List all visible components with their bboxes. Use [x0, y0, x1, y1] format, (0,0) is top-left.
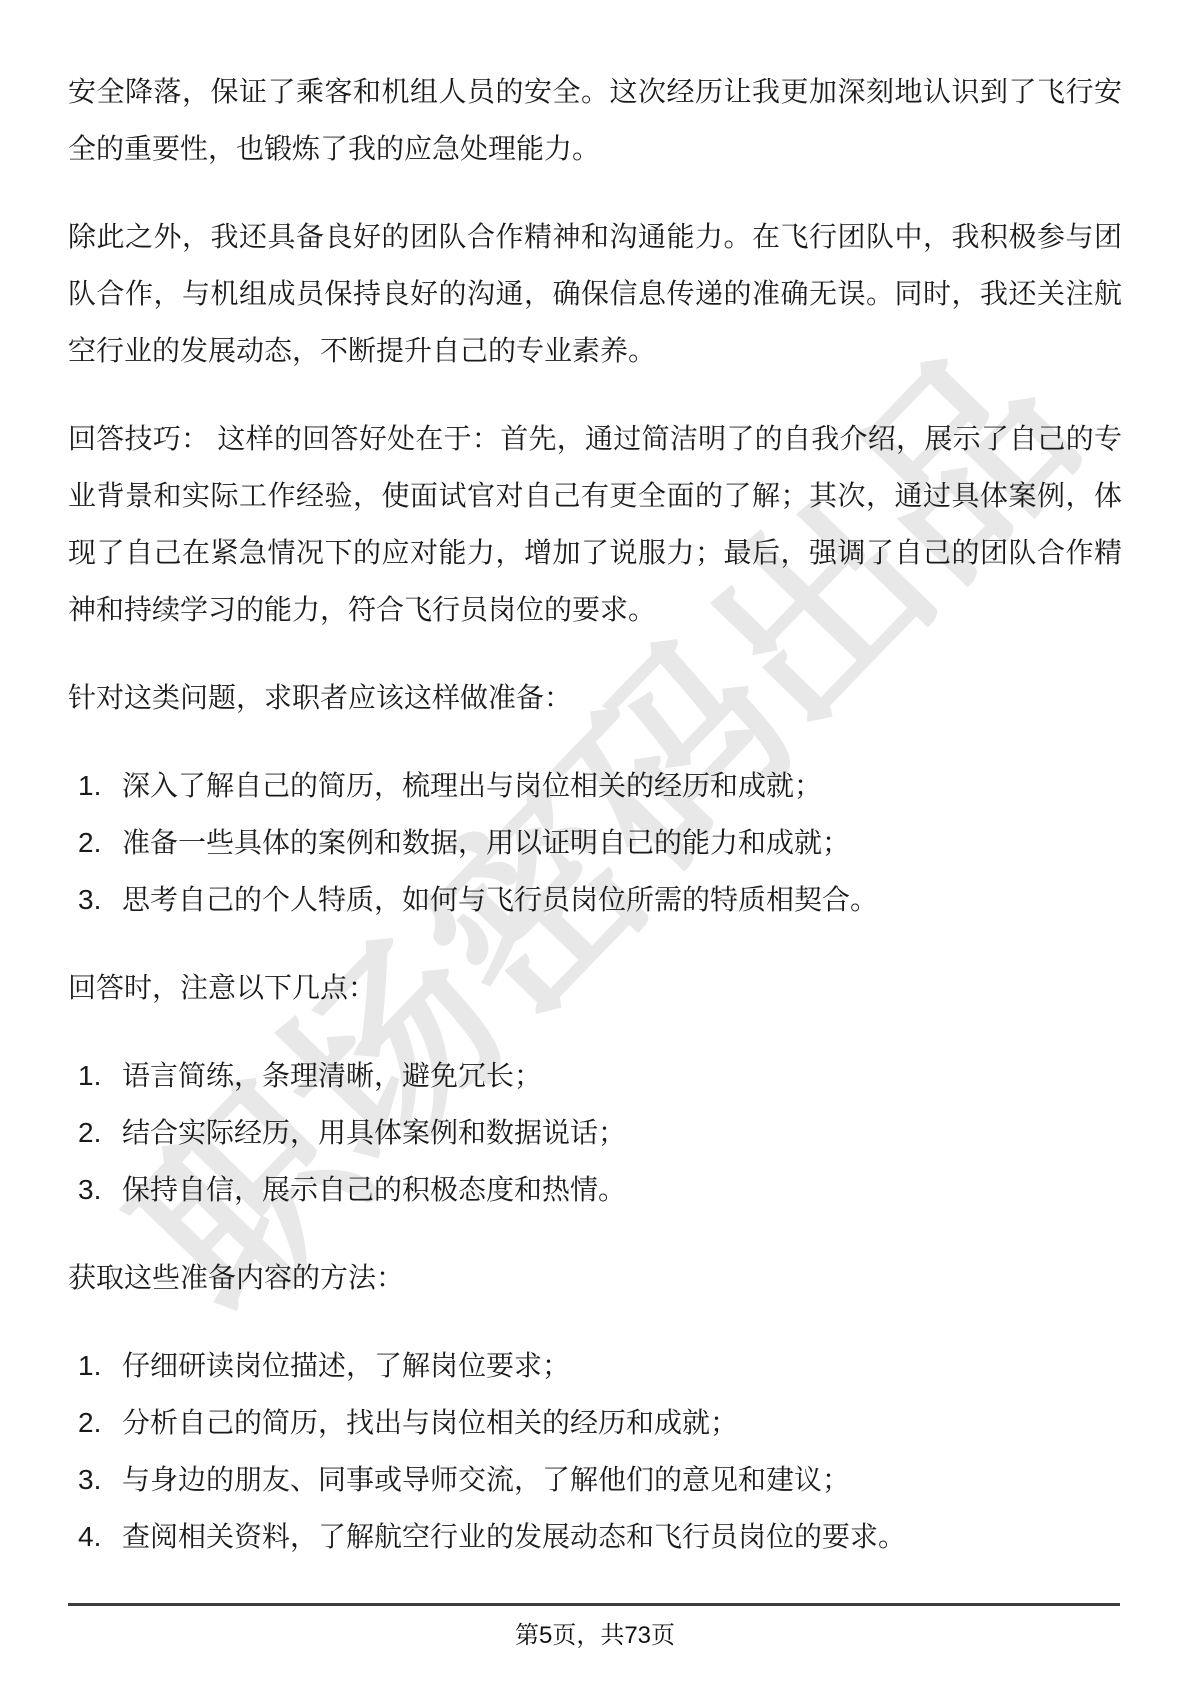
- list-item: 1. 仔细研读岗位描述，了解岗位要求；: [68, 1337, 1122, 1394]
- list-item-text: 查阅相关资料，了解航空行业的发展动态和飞行员岗位的要求。: [122, 1508, 1122, 1565]
- list-item-number: 3.: [78, 1161, 122, 1218]
- list-item-text: 思考自己的个人特质，如何与飞行员岗位所需的特质相契合。: [122, 871, 1122, 928]
- list-item-number: 4.: [78, 1508, 122, 1565]
- list-item-text: 分析自己的简历，找出与岗位相关的经历和成就；: [122, 1394, 1122, 1451]
- list-item: 2. 分析自己的简历，找出与岗位相关的经历和成就；: [68, 1394, 1122, 1451]
- list-item: 2. 结合实际经历，用具体案例和数据说话；: [68, 1104, 1122, 1161]
- list-item-text: 与身边的朋友、同事或导师交流，了解他们的意见和建议；: [122, 1451, 1122, 1508]
- list-item: 2. 准备一些具体的案例和数据，用以证明自己的能力和成就；: [68, 814, 1122, 871]
- section-heading-methods: 获取这些准备内容的方法：: [68, 1249, 1122, 1306]
- section-heading-answering: 回答时，注意以下几点：: [68, 959, 1122, 1016]
- page-number: 第5页，共73页: [0, 1618, 1190, 1654]
- list-item-text: 语言简练，条理清晰，避免冗长；: [122, 1047, 1122, 1104]
- list-item-number: 2.: [78, 814, 122, 871]
- numbered-list-answering: 1. 语言简练，条理清晰，避免冗长； 2. 结合实际经历，用具体案例和数据说话；…: [68, 1047, 1122, 1218]
- list-item-text: 保持自信，展示自己的积极态度和热情。: [122, 1161, 1122, 1218]
- list-item: 3. 保持自信，展示自己的积极态度和热情。: [68, 1161, 1122, 1218]
- list-item-text: 准备一些具体的案例和数据，用以证明自己的能力和成就；: [122, 814, 1122, 871]
- list-item-number: 3.: [78, 1451, 122, 1508]
- numbered-list-preparation: 1. 深入了解自己的简历，梳理出与岗位相关的经历和成就； 2. 准备一些具体的案…: [68, 757, 1122, 928]
- document-page: 职场密码出品 安全降落，保证了乘客和机组人员的安全。这次经历让我更加深刻地认识到…: [0, 0, 1190, 1684]
- list-item-number: 2.: [78, 1104, 122, 1161]
- list-item-number: 3.: [78, 871, 122, 928]
- document-content: 安全降落，保证了乘客和机组人员的安全。这次经历让我更加深刻地认识到了飞行安全的重…: [0, 0, 1190, 1596]
- list-item: 3. 与身边的朋友、同事或导师交流，了解他们的意见和建议；: [68, 1451, 1122, 1508]
- list-item: 4. 查阅相关资料，了解航空行业的发展动态和飞行员岗位的要求。: [68, 1508, 1122, 1565]
- numbered-list-methods: 1. 仔细研读岗位描述，了解岗位要求； 2. 分析自己的简历，找出与岗位相关的经…: [68, 1337, 1122, 1565]
- list-item-text: 结合实际经历，用具体案例和数据说话；: [122, 1104, 1122, 1161]
- paragraph-answer-tips: 回答技巧： 这样的回答好处在于：首先，通过简洁明了的自我介绍，展示了自己的专业背…: [68, 410, 1122, 638]
- list-item-number: 2.: [78, 1394, 122, 1451]
- list-item-number: 1.: [78, 1047, 122, 1104]
- list-item-text: 深入了解自己的简历，梳理出与岗位相关的经历和成就；: [122, 757, 1122, 814]
- list-item: 3. 思考自己的个人特质，如何与飞行员岗位所需的特质相契合。: [68, 871, 1122, 928]
- list-item: 1. 深入了解自己的简历，梳理出与岗位相关的经历和成就；: [68, 757, 1122, 814]
- list-item-number: 1.: [78, 1337, 122, 1394]
- paragraph: 安全降落，保证了乘客和机组人员的安全。这次经历让我更加深刻地认识到了飞行安全的重…: [68, 63, 1122, 177]
- list-item: 1. 语言简练，条理清晰，避免冗长；: [68, 1047, 1122, 1104]
- list-item-number: 1.: [78, 757, 122, 814]
- section-heading-preparation: 针对这类问题，求职者应该这样做准备：: [68, 669, 1122, 726]
- footer-divider: [68, 1603, 1120, 1606]
- paragraph: 除此之外，我还具备良好的团队合作精神和沟通能力。在飞行团队中，我积极参与团队合作…: [68, 208, 1122, 379]
- list-item-text: 仔细研读岗位描述，了解岗位要求；: [122, 1337, 1122, 1394]
